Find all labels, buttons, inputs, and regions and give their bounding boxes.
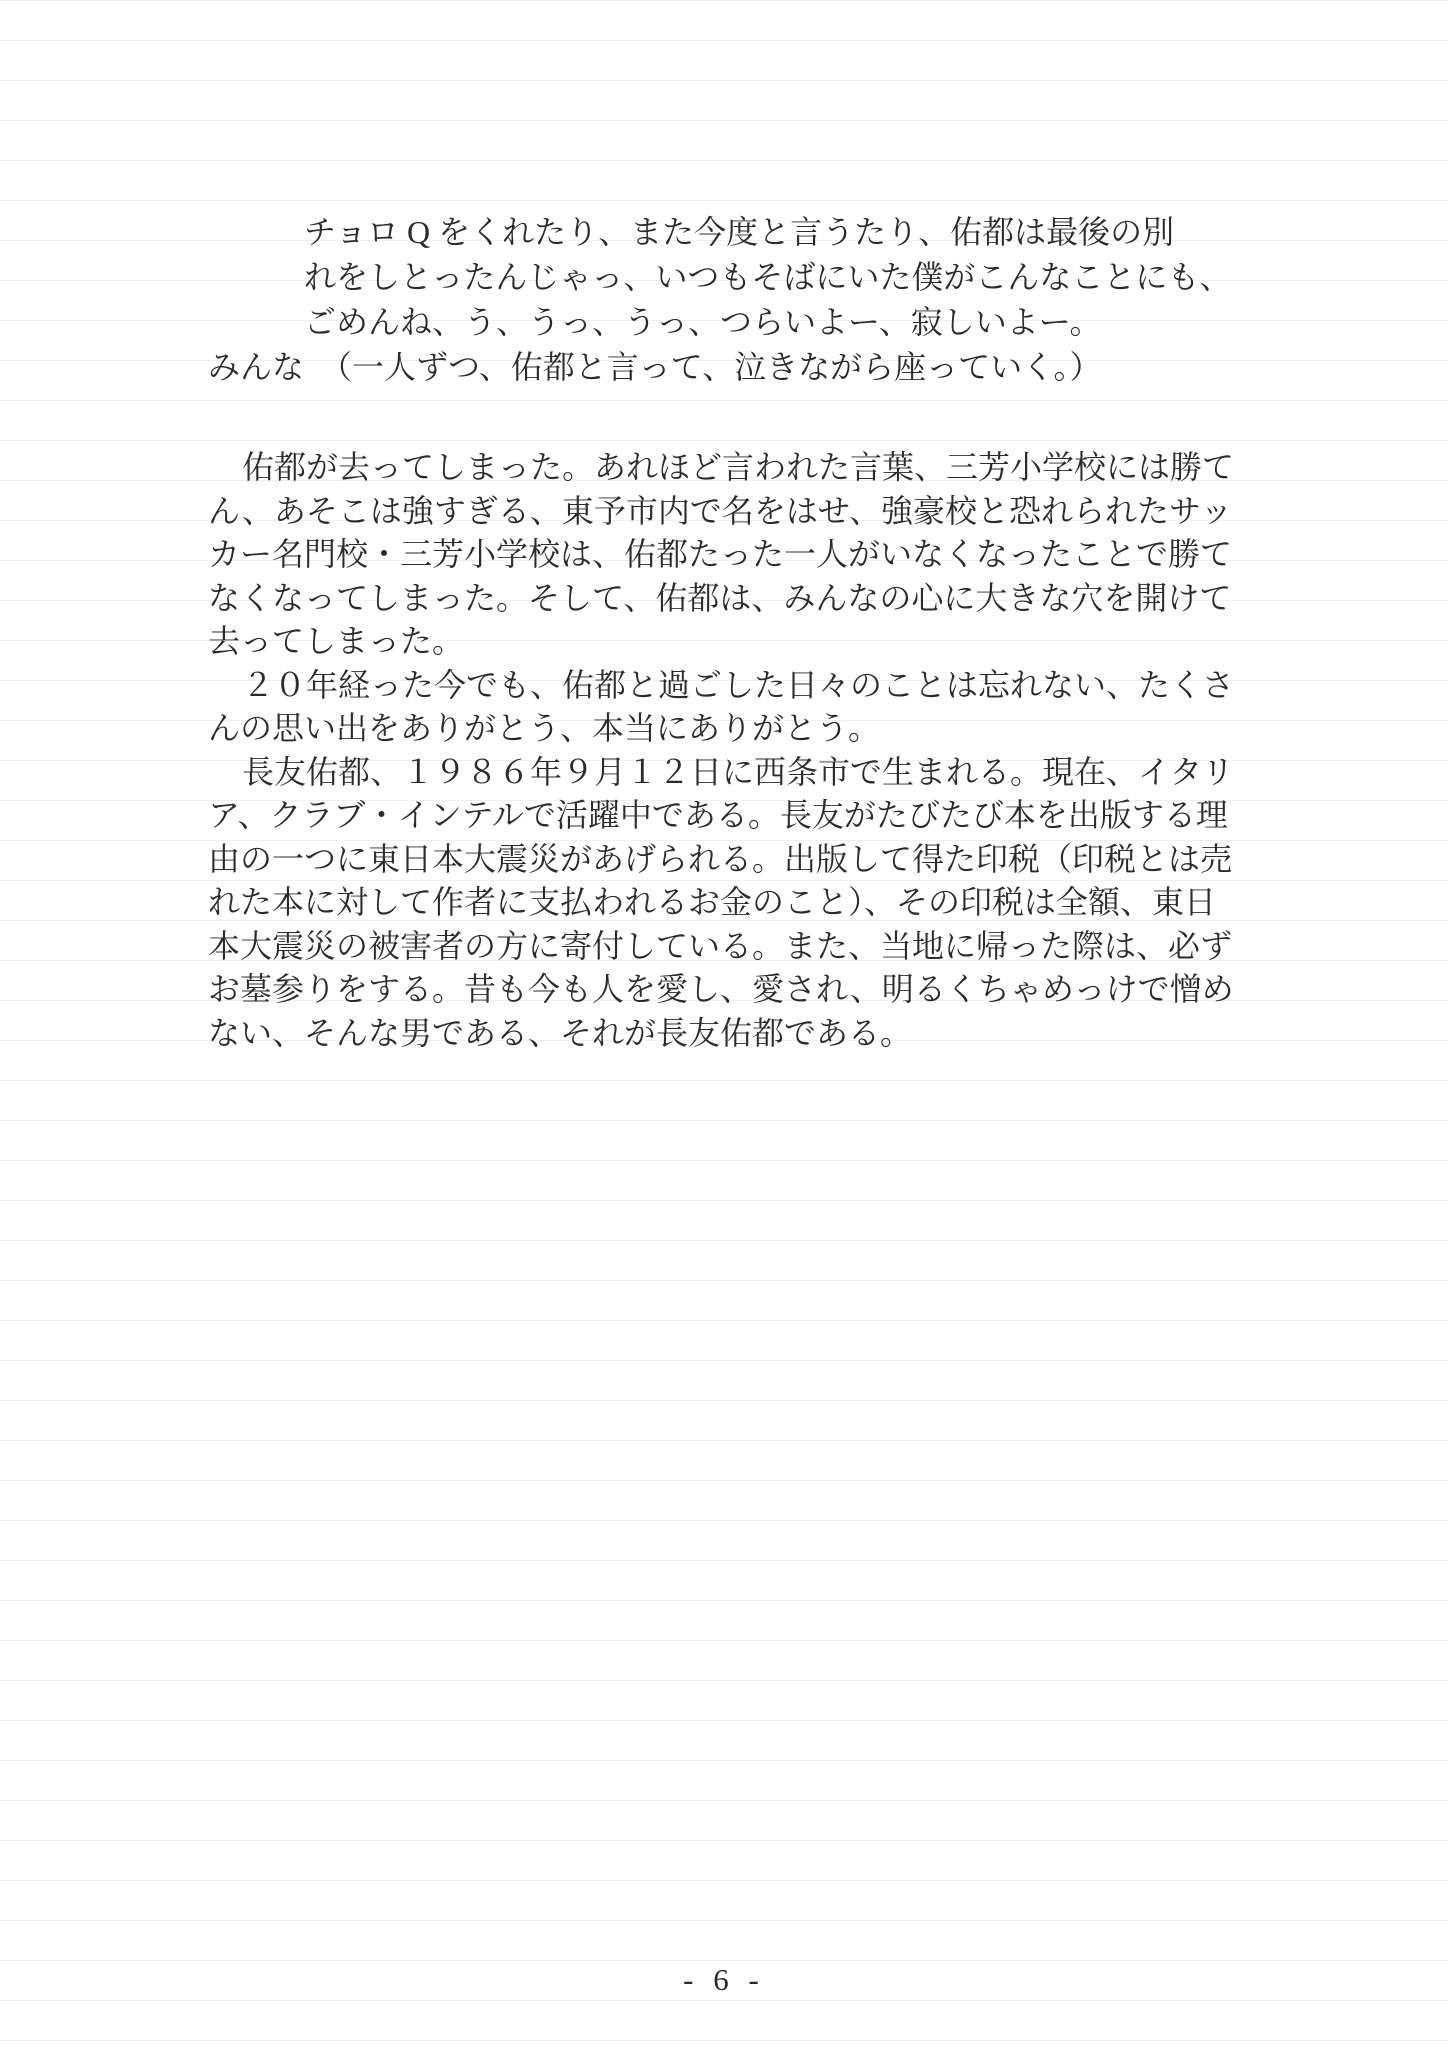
text-line: お墓参りをする。昔も今も人を愛し、愛され、明るくちゃめっけで憎め — [208, 968, 1234, 1012]
text-line: カー名門校・三芳小学校は、佑都たった一人がいなくなったことで勝て — [208, 533, 1234, 577]
dialogue-line: チョロ Q をくれたり、また今度と言うたり、佑都は最後の別 — [304, 210, 1231, 255]
text-line: 長友佑都、１９８６年９月１２日に西条市で生まれる。現在、イタリ — [208, 751, 1234, 795]
stage-direction-line: みんな （一人ずつ、佑都と言って、泣きながら座っていく。） — [208, 345, 1101, 390]
text-line: ん、あそこは強すぎる、東予市内で名をはせ、強豪校と恐れられたサッ — [208, 490, 1234, 534]
scanned-document-page: チョロ Q をくれたり、また今度と言うたり、佑都は最後の別 れをしとったんじゃっ… — [0, 0, 1448, 2048]
text-line: れた本に対して作者に支払われるお金のこと）、その印税は全額、東日 — [208, 881, 1234, 925]
text-line: 由の一つに東日本大震災があげられる。出版して得た印税（印税とは売 — [208, 838, 1234, 882]
dialogue-line: ごめんね、う、うっ、うっ、つらいよー、寂しいよー。 — [304, 300, 1231, 345]
text-line: んの思い出をありがとう、本当にありがとう。 — [208, 707, 1234, 751]
text-line: ２０年経った今でも、佑都と過ごした日々のことは忘れない、たくさ — [208, 664, 1234, 708]
text-line: 佑都が去ってしまった。あれほど言われた言葉、三芳小学校には勝て — [208, 446, 1234, 490]
text-line: 本大震災の被害者の方に寄付している。また、当地に帰った際は、必ず — [208, 925, 1234, 969]
narrative-block: 佑都が去ってしまった。あれほど言われた言葉、三芳小学校には勝て ん、あそこは強す… — [208, 446, 1234, 1055]
text-line: なくなってしまった。そして、佑都は、みんなの心に大きな穴を開けて — [208, 577, 1234, 621]
page-number: - 6 - — [0, 1962, 1448, 1998]
dialogue-continuation-block: チョロ Q をくれたり、また今度と言うたり、佑都は最後の別 れをしとったんじゃっ… — [304, 210, 1231, 345]
text-line: ない、そんな男である、それが長友佑都である。 — [208, 1012, 1234, 1056]
text-line: 去ってしまった。 — [208, 620, 1234, 664]
text-line: ア、クラブ・インテルで活躍中である。長友がたびたび本を出版する理 — [208, 794, 1234, 838]
dialogue-line: れをしとったんじゃっ、いつもそばにいた僕がこんなことにも、 — [304, 255, 1231, 300]
